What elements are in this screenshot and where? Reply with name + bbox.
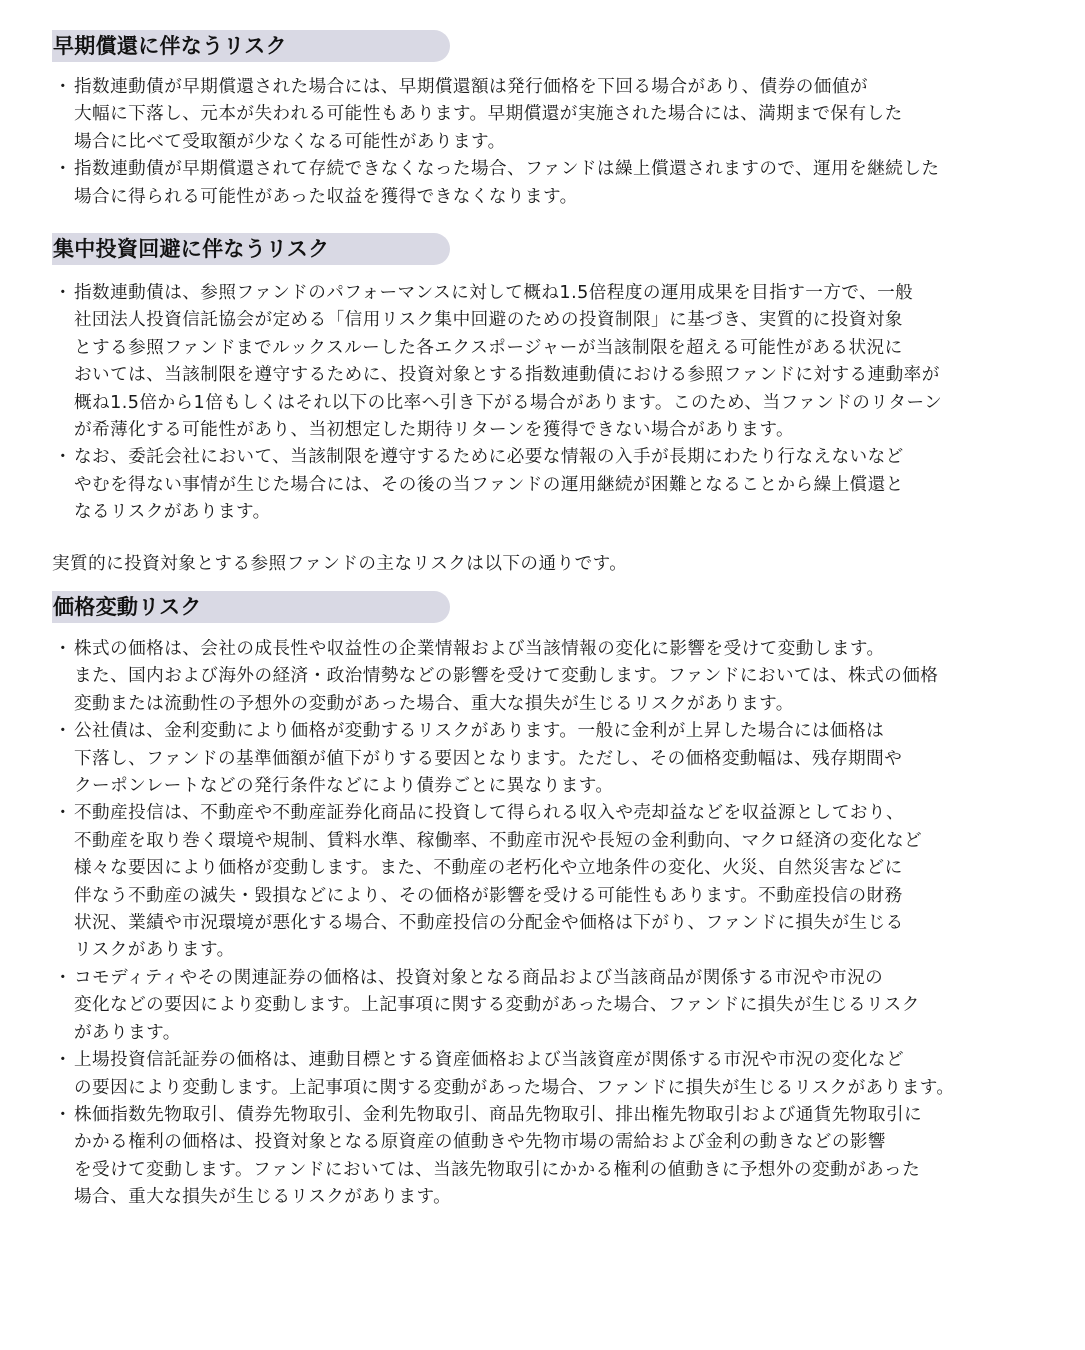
text-line: 場合に比べて受取額が少なくなる可能性があります。 [74,129,1042,156]
text-line: 指数連動債は、参照ファンドのパフォーマンスに対して概ね1.5倍程度の運用成果を目… [74,280,1042,307]
text-line: 公社債は、金利変動により価格が変動するリスクがあります。一般に金利が上昇した場合… [74,718,1042,745]
text-line: 様々な要因により価格が変動します。また、不動産の老朽化や立地条件の変化、火災、自… [74,855,1042,882]
text-line: 場合に得られる可能性があった収益を獲得できなくなります。 [74,184,1042,211]
section-title: 早期償還に伴なうリスク [53,34,287,58]
text-line: があります。 [74,1020,1042,1047]
text-line: なるリスクがあります。 [74,499,1042,526]
text-line: 株式の価格は、会社の成長性や収益性の企業情報および当該情報の変化に影響を受けて変… [74,636,1042,663]
text-line: コモディティやその関連証券の価格は、投資対象となる商品および当該商品が関係する市… [74,965,1042,992]
bullet-item: ・ 指数連動債が早期償還された場合には、早期償還額は発行価格を下回る場合があり、… [52,74,1042,156]
section-header-price-fluctuation-risk: 価格変動リスク [52,591,450,623]
text-line: を受けて変動します。ファンドにおいては、当該先物取引にかかる権利の値動きに予想外… [74,1157,1042,1184]
bullet-item: ・ 株式の価格は、会社の成長性や収益性の企業情報および当該情報の変化に影響を受け… [52,636,1042,718]
text-line: 下落し、ファンドの基準価額が値下がりする要因となります。ただし、その価格変動幅は… [74,746,1042,773]
text-line: の要因により変動します。上記事項に関する変動があった場合、ファンドに損失が生じる… [74,1075,1042,1102]
text-line: 変動または流動性の予想外の変動があった場合、重大な損失が生じるリスクがあります。 [74,691,1042,718]
section-title: 価格変動リスク [53,595,202,619]
text-line: 上場投資信託証券の価格は、連動目標とする資産価格および当該資産が関係する市況や市… [74,1047,1042,1074]
bullet-icon: ・ [52,156,74,183]
bullet-icon: ・ [52,1047,74,1074]
bullet-item: ・ なお、委託会社において、当該制限を遵守するために必要な情報の入手が長期にわた… [52,444,1042,526]
text-line: 状況、業績や市況環境が悪化する場合、不動産投信の分配金や価格は下がり、ファンドに… [74,910,1042,937]
text-line: 不動産を取り巻く環境や規制、賃料水準、稼働率、不動産市況や長短の金利動向、マクロ… [74,828,1042,855]
section-header-concentration-risk: 集中投資回避に伴なうリスク [52,233,450,265]
bullet-icon: ・ [52,1102,74,1129]
text-line: おいては、当該制限を遵守するために、投資対象とする指数連動債における参照ファンド… [74,362,1042,389]
bullet-icon: ・ [52,74,74,101]
text-line: 社団法人投資信託協会が定める「信用リスク集中回避のための投資制限」に基づき、実質… [74,307,1042,334]
bullet-list-early-redemption: ・ 指数連動債が早期償還された場合には、早期償還額は発行価格を下回る場合があり、… [52,74,1042,211]
text-line: とする参照ファンドまでルックスルーした各エクスポージャーが当該制限を超える可能性… [74,335,1042,362]
text-line: 指数連動債が早期償還された場合には、早期償還額は発行価格を下回る場合があり、債券… [74,74,1042,101]
text-line: クーポンレートなどの発行条件などにより債券ごとに異なります。 [74,773,1042,800]
text-line: かかる権利の価格は、投資対象となる原資産の値動きや先物市場の需給および金利の動き… [74,1129,1042,1156]
text-line: 不動産投信は、不動産や不動産証券化商品に投資して得られる収入や売却益などを収益源… [74,800,1042,827]
bullet-icon: ・ [52,965,74,992]
bullet-item: ・ 指数連動債が早期償還されて存続できなくなった場合、ファンドは繰上償還されます… [52,156,1042,211]
risk-disclosure-page: 早期償還に伴なうリスク ・ 指数連動債が早期償還された場合には、早期償還額は発行… [0,0,1085,1350]
text-line: リスクがあります。 [74,937,1042,964]
bullet-item: ・ 公社債は、金利変動により価格が変動するリスクがあります。一般に金利が上昇した… [52,718,1042,800]
text-line: 株価指数先物取引、債券先物取引、金利先物取引、商品先物取引、排出権先物取引および… [74,1102,1042,1129]
text-line: 伴なう不動産の滅失・毀損などにより、その価格が影響を受ける可能性もあります。不動… [74,883,1042,910]
text-line: 大幅に下落し、元本が失われる可能性もあります。早期償還が実施された場合には、満期… [74,101,1042,128]
bullet-icon: ・ [52,636,74,663]
text-line: 概ね1.5倍から1倍もしくはそれ以下の比率へ引き下がる場合があります。このため、… [74,390,1042,417]
bullet-icon: ・ [52,444,74,471]
bullet-item: ・ 株価指数先物取引、債券先物取引、金利先物取引、商品先物取引、排出権先物取引お… [52,1102,1042,1212]
bullet-icon: ・ [52,280,74,307]
text-line: 場合、重大な損失が生じるリスクがあります。 [74,1184,1042,1211]
bullet-list-concentration: ・ 指数連動債は、参照ファンドのパフォーマンスに対して概ね1.5倍程度の運用成果… [52,280,1042,527]
text-line: また、国内および海外の経済・政治情勢などの影響を受けて変動します。ファンドにおい… [74,663,1042,690]
text-line: やむを得ない事情が生じた場合には、その後の当ファンドの運用継続が困難となることか… [74,472,1042,499]
bullet-item: ・ コモディティやその関連証券の価格は、投資対象となる商品および当該商品が関係す… [52,965,1042,1047]
text-line: 変化などの要因により変動します。上記事項に関する変動があった場合、ファンドに損失… [74,992,1042,1019]
section-title: 集中投資回避に伴なうリスク [53,237,329,261]
bullet-list-price-fluctuation: ・ 株式の価格は、会社の成長性や収益性の企業情報および当該情報の変化に影響を受け… [52,636,1042,1212]
bullet-item: ・ 上場投資信託証券の価格は、連動目標とする資産価格および当該資産が関係する市況… [52,1047,1042,1102]
section-header-early-redemption-risk: 早期償還に伴なうリスク [52,30,450,62]
bullet-item: ・ 不動産投信は、不動産や不動産証券化商品に投資して得られる収入や売却益などを収… [52,800,1042,964]
bullet-item: ・ 指数連動債は、参照ファンドのパフォーマンスに対して概ね1.5倍程度の運用成果… [52,280,1042,444]
bullet-icon: ・ [52,718,74,745]
text-line: 指数連動債が早期償還されて存続できなくなった場合、ファンドは繰上償還されますので… [74,156,1042,183]
reference-fund-risk-intro: 実質的に投資対象とする参照ファンドの主なリスクは以下の通りです。 [52,551,627,578]
text-line: が希薄化する可能性があり、当初想定した期待リターンを獲得できない場合があります。 [74,417,1042,444]
text-line: なお、委託会社において、当該制限を遵守するために必要な情報の入手が長期にわたり行… [74,444,1042,471]
bullet-icon: ・ [52,800,74,827]
